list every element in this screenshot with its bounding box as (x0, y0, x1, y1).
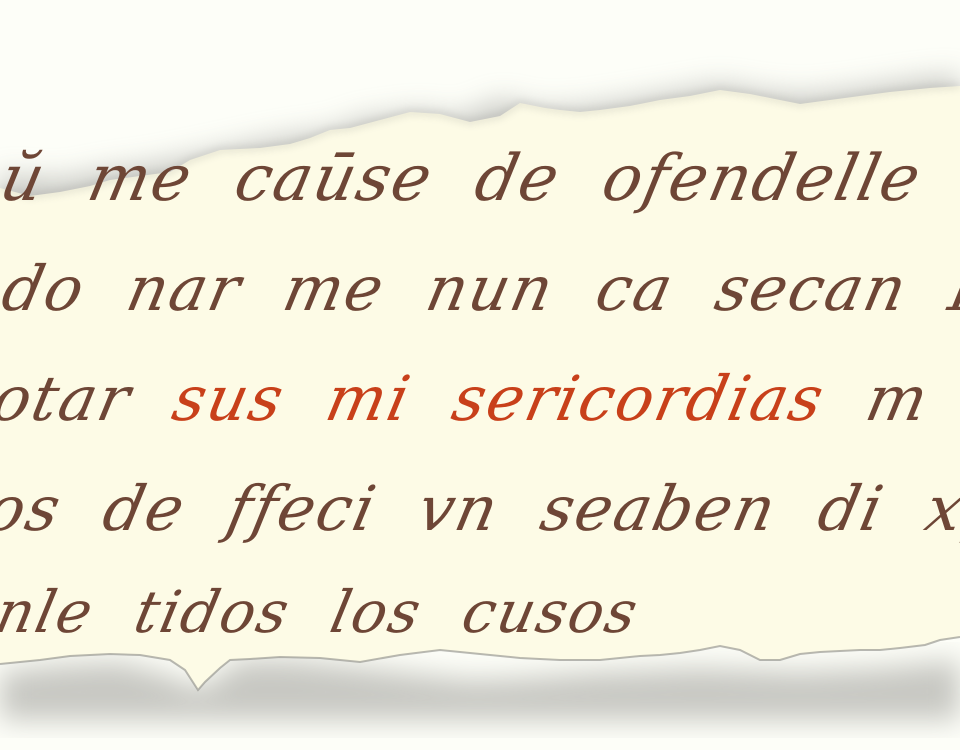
word: nun (420, 252, 561, 325)
word: me (277, 252, 392, 325)
word: los (325, 578, 429, 646)
word: nar (121, 252, 249, 325)
rubric-word: sericordias (446, 362, 831, 435)
word: secan (709, 252, 915, 325)
manuscript-line-4: os de ffeci vn seaben di xpu (0, 472, 960, 545)
word: ffeci (221, 472, 384, 545)
word: me (82, 142, 200, 216)
word: ŭ (0, 142, 53, 216)
rubric-word: sus (167, 362, 292, 435)
word: ca (590, 252, 681, 325)
word: os (0, 472, 69, 545)
word: seaben (535, 472, 784, 545)
word: otar (0, 362, 138, 435)
word: m (860, 362, 936, 435)
manuscript-image: ŭ me caūse de ofendelle q̃ do nar me nun… (0, 0, 960, 750)
manuscript-line-1: ŭ me caūse de ofendelle q̃ (0, 142, 960, 216)
word: Re (943, 252, 960, 325)
word: do (0, 252, 93, 325)
word: tidos (129, 578, 297, 646)
manuscript-line-5: nle tidos los cusos (0, 578, 667, 646)
word: ofendelle (596, 142, 929, 216)
word: vn (412, 472, 506, 545)
word: de (469, 142, 568, 216)
word: di (812, 472, 891, 545)
word: cusos (456, 578, 645, 646)
word: nle (0, 578, 101, 646)
word: xpu (919, 472, 960, 545)
manuscript-line-2: do nar me nun ca secan Re (0, 252, 960, 325)
word: de (97, 472, 193, 545)
rubric-word: mi (320, 362, 418, 435)
word: caūse (228, 142, 440, 216)
manuscript-line-3: otar sus mi sericordias m (0, 362, 958, 435)
